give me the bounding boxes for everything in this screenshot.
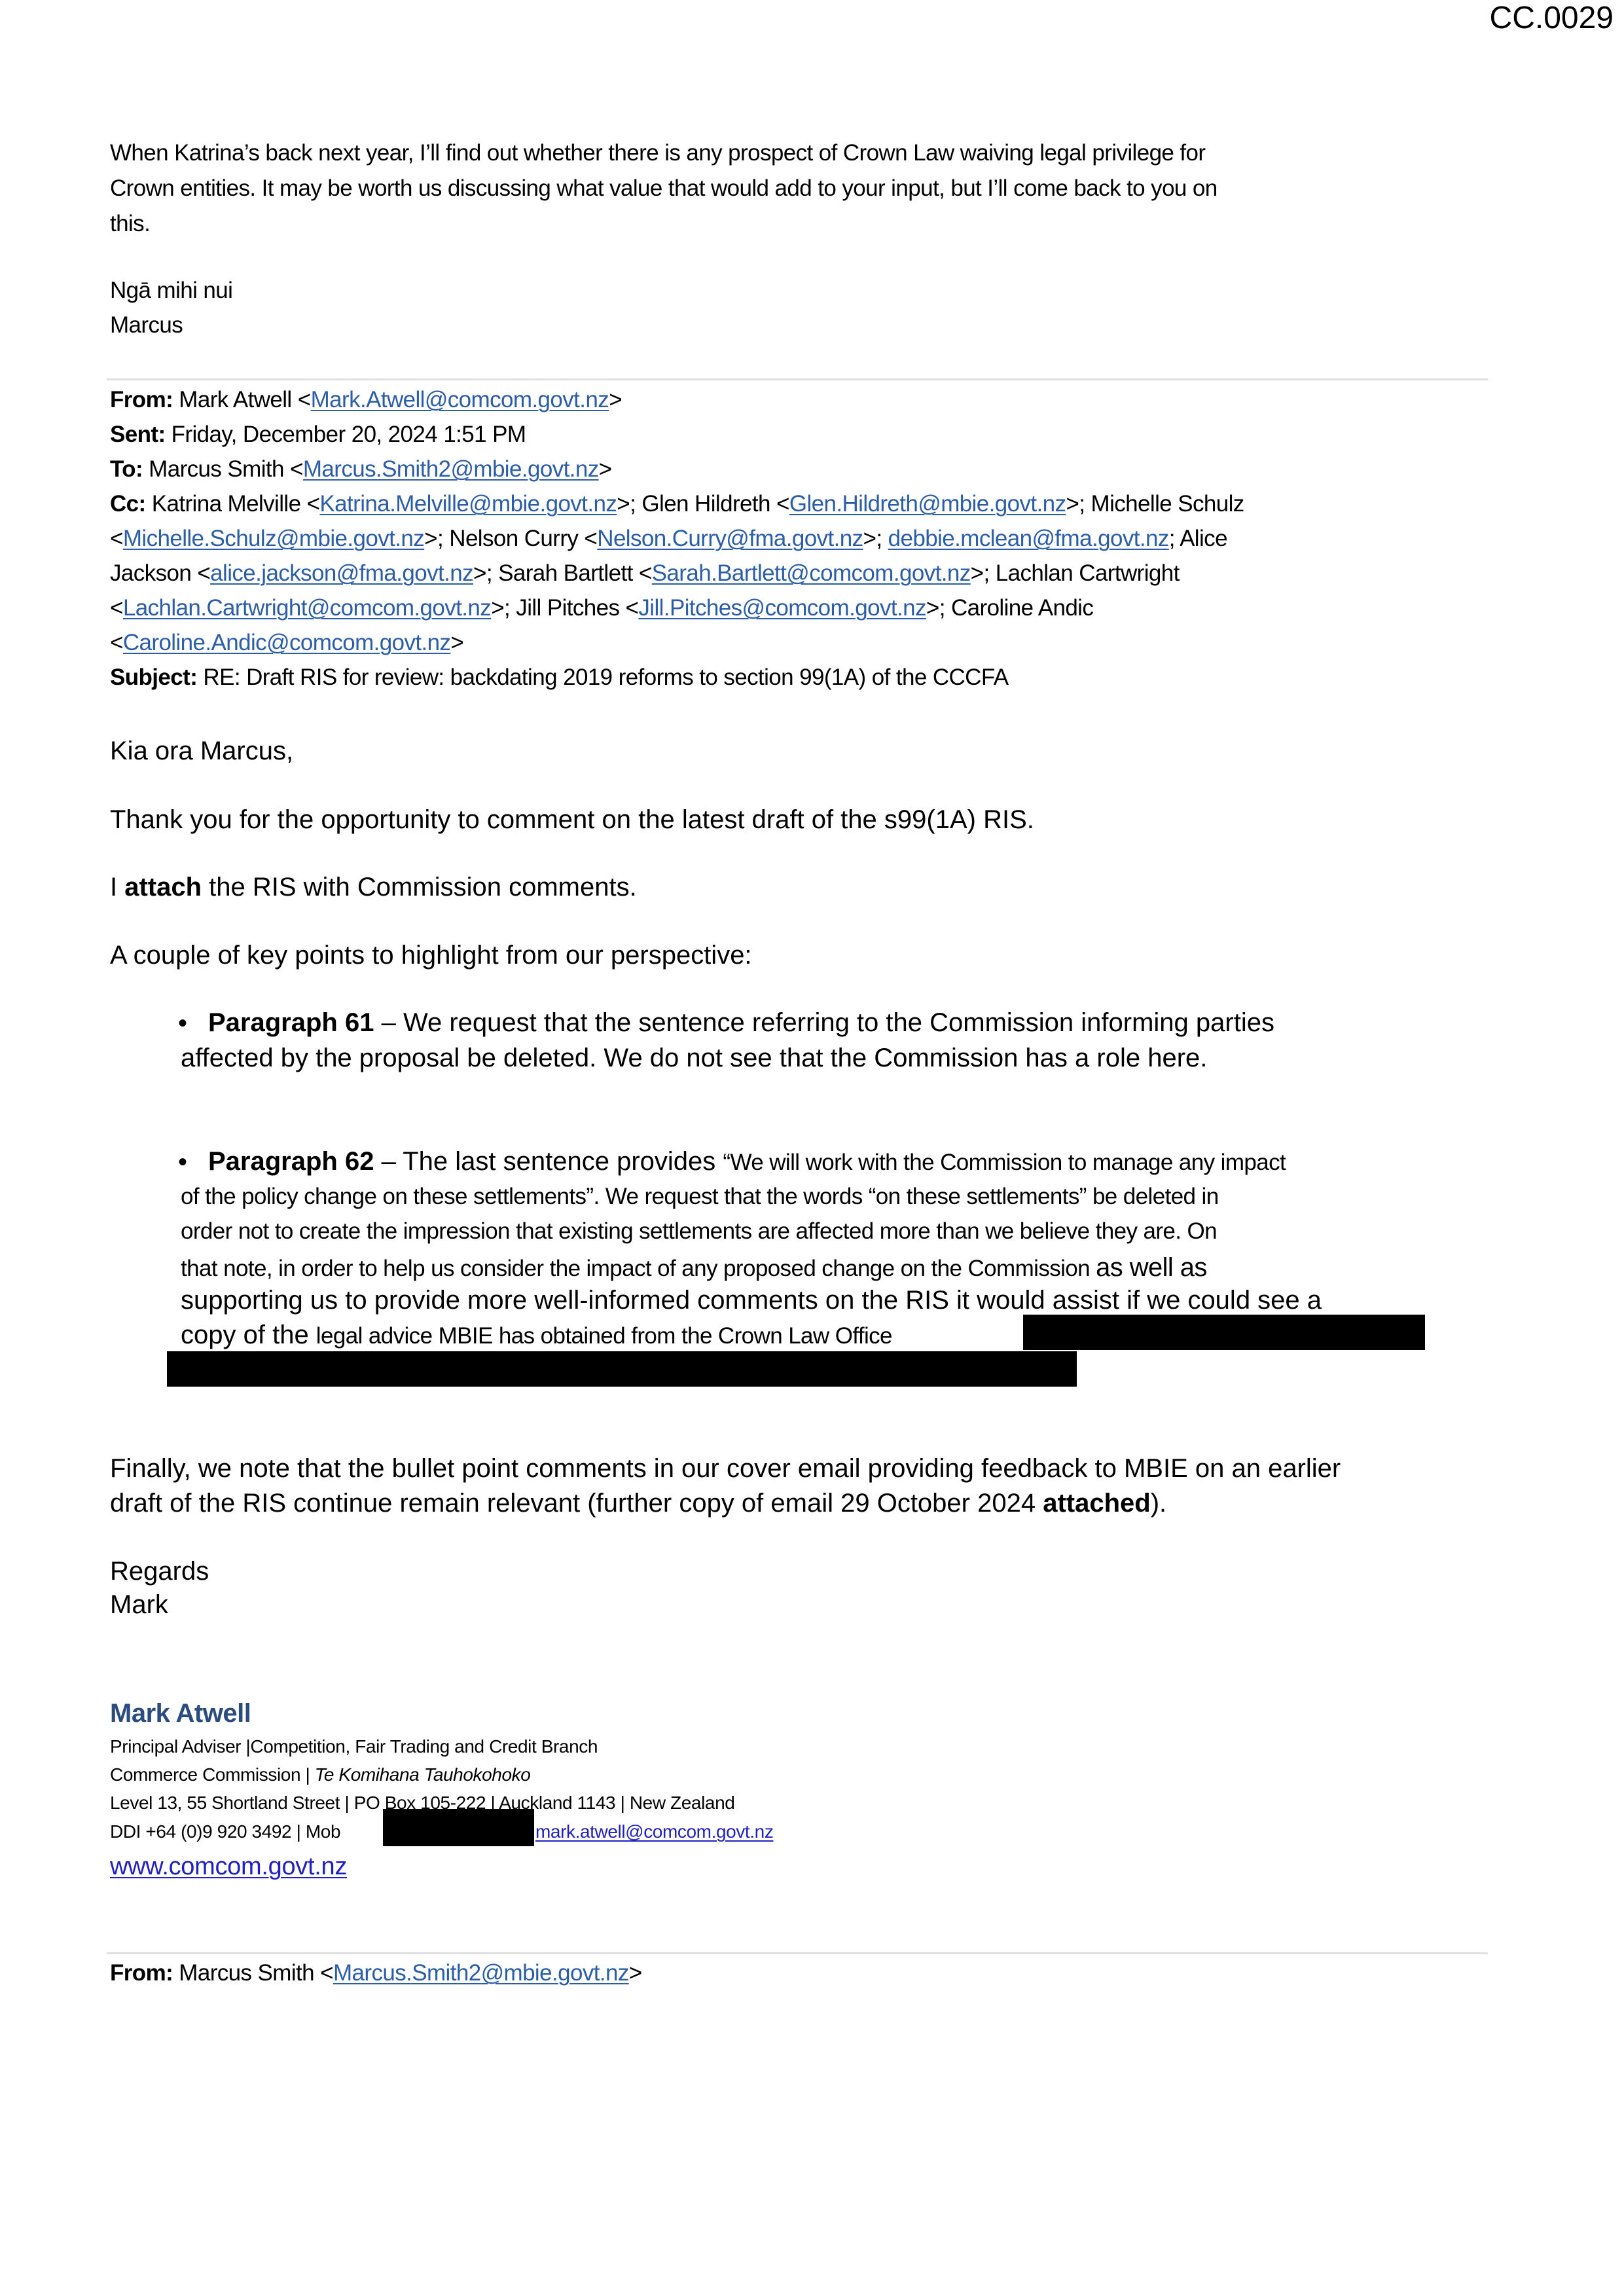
bullet-icon: • [178, 1010, 187, 1036]
reply-signoff: Ngā mihi nui [110, 279, 232, 302]
bullet-61-label: Paragraph 61 [208, 1008, 374, 1037]
bullet-62-quote: “We will work with the Commission to man… [723, 1150, 1286, 1175]
reply-line-2: Crown entities. It may be worth us discu… [110, 177, 1218, 200]
cc-email-link[interactable]: Lachlan.Cartwright@comcom.govt.nz [123, 595, 491, 621]
signature-email-line: mark.atwell@comcom.govt.nz [535, 1823, 773, 1841]
attach-bold: attach [124, 873, 202, 902]
cc-email-link[interactable]: Glen.Hildreth@mbie.govt.nz [789, 491, 1066, 517]
previous-from-name: Marcus Smith [179, 1960, 314, 1986]
cc-name: Michelle Schulz [1091, 491, 1244, 517]
cc-name: Jill Pitches [516, 595, 619, 621]
signature-website-line: www.comcom.govt.nz [110, 1854, 347, 1879]
cc-name: Glen Hildreth [641, 491, 770, 517]
closing-regards: Regards [110, 1558, 209, 1584]
signature-org-maori: Te Komihana Tauhokohoko [315, 1764, 531, 1785]
signature-phone: DDI +64 (0)9 920 3492 | Mob [110, 1823, 340, 1841]
body-greeting: Kia ora Marcus, [110, 738, 293, 764]
closing-line-2: draft of the RIS continue remain relevan… [110, 1490, 1166, 1516]
email-separator [107, 378, 1488, 380]
sent-value: Friday, December 20, 2024 1:51 PM [171, 422, 526, 447]
bullet-62-line-2: of the policy change on these settlement… [181, 1185, 1219, 1208]
header-from: From: Mark Atwell <Mark.Atwell@comcom.go… [110, 388, 622, 411]
bullet-62-label: Paragraph 62 [208, 1147, 374, 1176]
header-cc-line-5: <Caroline.Andic@comcom.govt.nz> [110, 631, 463, 654]
bullet-62-text: – The last sentence provides [374, 1147, 723, 1176]
reply-signature-name: Marcus [110, 314, 183, 337]
document-id: CC.0029 [1490, 3, 1614, 34]
header-subject: Subject: RE: Draft RIS for review: backd… [110, 666, 1008, 689]
bullet-62-line-4: that note, in order to help us consider … [181, 1254, 1207, 1281]
signature-title: Principal Adviser |Competition, Fair Tra… [110, 1738, 598, 1756]
body-intro: A couple of key points to highlight from… [110, 942, 752, 968]
previous-from-label: From: [110, 1960, 173, 1986]
to-email-link[interactable]: Marcus.Smith2@mbie.govt.nz [303, 456, 599, 482]
cc-email-link[interactable]: Nelson.Curry@fma.govt.nz [597, 526, 863, 551]
redaction-block [383, 1809, 534, 1846]
cc-name: Katrina Melville [152, 491, 301, 517]
signature-website-link[interactable]: www.comcom.govt.nz [110, 1853, 347, 1880]
bullet-62-text: copy of the [181, 1321, 316, 1349]
cc-name: Sarah Bartlett [498, 560, 633, 586]
redaction-block [167, 1351, 1077, 1387]
bullet-62-line-3: order not to create the impression that … [181, 1220, 1217, 1243]
closing-post: ). [1151, 1489, 1166, 1518]
header-sent: Sent: Friday, December 20, 2024 1:51 PM [110, 423, 526, 446]
from-label: From: [110, 387, 173, 412]
bullet-icon: • [178, 1149, 187, 1175]
closing-text: draft of the RIS continue remain relevan… [110, 1489, 1043, 1518]
cc-email-link[interactable]: debbie.mclean@fma.govt.nz [888, 526, 1169, 551]
bullet-62-text: that note, in order to help us consider … [181, 1256, 1096, 1281]
to-name: Marcus Smith [149, 456, 284, 482]
signature-org: Commerce Commission | Te Komihana Tauhok… [110, 1766, 530, 1784]
attach-pre: I [110, 873, 124, 902]
cc-name: Lachlan Cartwright [996, 560, 1180, 586]
closing-name: Mark [110, 1592, 168, 1618]
cc-email-link[interactable]: Caroline.Andic@comcom.govt.nz [123, 630, 451, 655]
cc-name: Caroline Andic [951, 595, 1093, 621]
bullet-62-text-calibri: legal advice MBIE has obtained from the … [316, 1323, 892, 1349]
bullet-62-line-5: supporting us to provide more well-infor… [181, 1287, 1322, 1313]
to-label: To: [110, 456, 143, 482]
previous-from-email-link[interactable]: Marcus.Smith2@mbie.govt.nz [333, 1960, 629, 1986]
from-email-link[interactable]: Mark.Atwell@comcom.govt.nz [311, 387, 609, 412]
signature-name: Mark Atwell [110, 1700, 251, 1726]
signature-email-link[interactable]: mark.atwell@comcom.govt.nz [535, 1821, 773, 1842]
bullet-62-text-arial: as well as [1096, 1253, 1207, 1282]
reply-line-1: When Katrina’s back next year, I’ll find… [110, 141, 1205, 164]
bullet-62-line-1: Paragraph 62 – The last sentence provide… [208, 1148, 1286, 1175]
email-separator [107, 1952, 1488, 1954]
subject-label: Subject: [110, 665, 197, 690]
header-to: To: Marcus Smith <Marcus.Smith2@mbie.gov… [110, 458, 611, 481]
cc-email-link[interactable]: alice.jackson@fma.govt.nz [210, 560, 473, 586]
header-cc-line-2: <Michelle.Schulz@mbie.govt.nz>; Nelson C… [110, 527, 1227, 550]
bullet-61-line-2: affected by the proposal be deleted. We … [181, 1045, 1207, 1071]
redaction-block [1023, 1315, 1425, 1350]
header-cc-line-3: Jackson <alice.jackson@fma.govt.nz>; Sar… [110, 562, 1180, 585]
subject-value: RE: Draft RIS for review: backdating 201… [203, 665, 1008, 690]
signature-org-name: Commerce Commission | [110, 1764, 315, 1785]
closing-line-1: Finally, we note that the bullet point c… [110, 1455, 1341, 1482]
header-cc-line-4: <Lachlan.Cartwright@comcom.govt.nz>; Jil… [110, 596, 1093, 619]
from-name: Mark Atwell [179, 387, 291, 412]
closing-bold: attached [1043, 1489, 1151, 1518]
cc-label: Cc: [110, 491, 146, 517]
bullet-62-line-6: copy of the legal advice MBIE has obtain… [181, 1322, 892, 1348]
attach-post: the RIS with Commission comments. [202, 873, 637, 902]
cc-email-link[interactable]: Katrina.Melville@mbie.govt.nz [319, 491, 617, 517]
cc-email-link[interactable]: Sarah.Bartlett@comcom.govt.nz [652, 560, 971, 586]
reply-line-3: this. [110, 212, 150, 235]
bullet-61-text: – We request that the sentence referring… [374, 1008, 1274, 1037]
cc-name: Nelson Curry [449, 526, 578, 551]
previous-header-from: From: Marcus Smith <Marcus.Smith2@mbie.g… [110, 1961, 642, 1984]
body-attach: I attach the RIS with Commission comment… [110, 874, 637, 900]
bullet-61-line-1: Paragraph 61 – We request that the sente… [208, 1010, 1274, 1036]
cc-email-link[interactable]: Michelle.Schulz@mbie.govt.nz [123, 526, 424, 551]
header-cc-line-1: Cc: Katrina Melville <Katrina.Melville@m… [110, 492, 1244, 515]
cc-email-link[interactable]: Jill.Pitches@comcom.govt.nz [638, 595, 926, 621]
sent-label: Sent: [110, 422, 166, 447]
body-thanks: Thank you for the opportunity to comment… [110, 807, 1034, 833]
